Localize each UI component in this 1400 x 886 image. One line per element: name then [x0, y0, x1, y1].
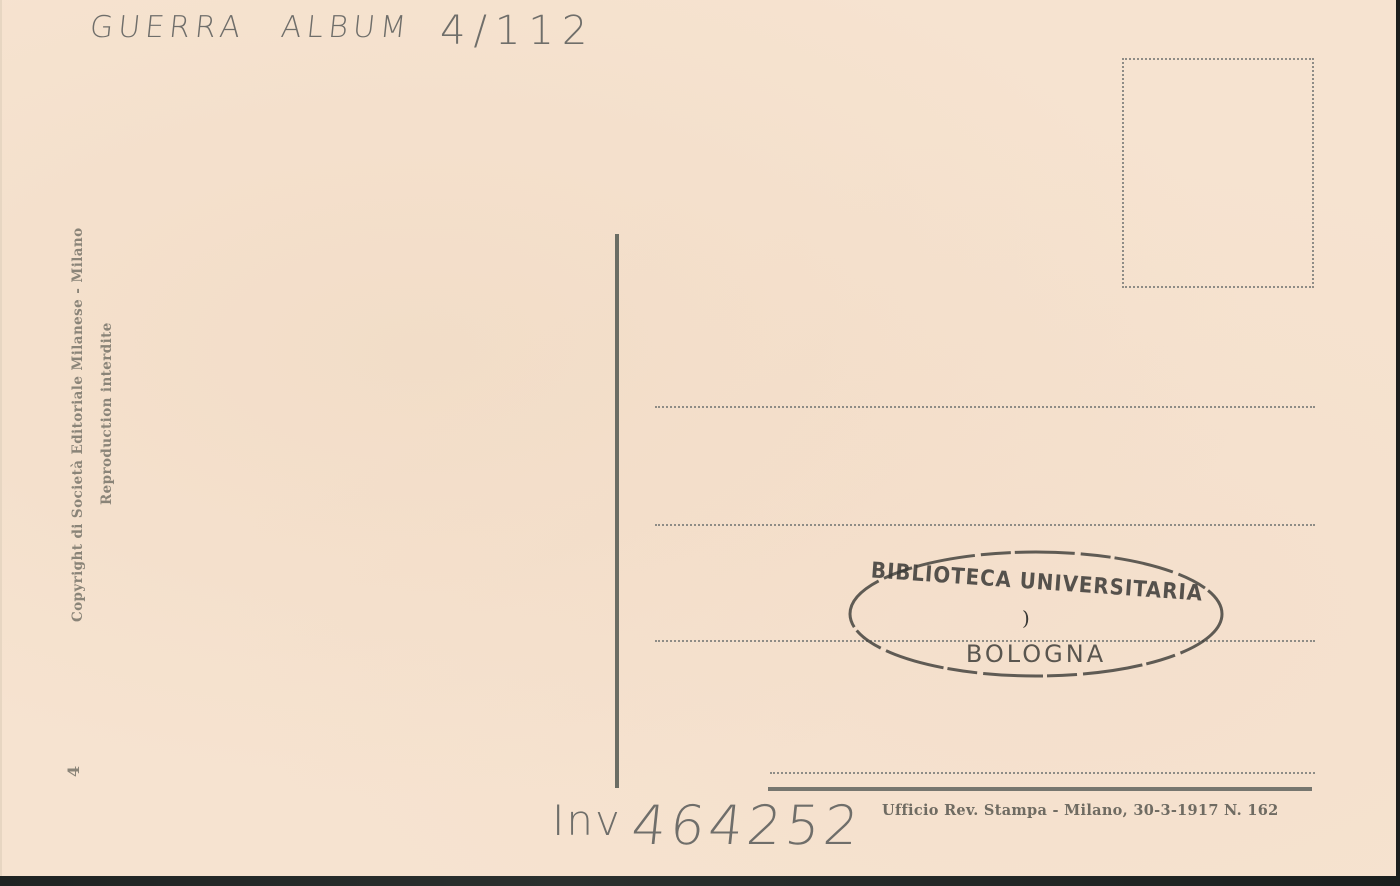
address-line-4: [770, 772, 1315, 774]
censorship-imprint: Ufficio Rev. Stampa - Milano, 30-3-1917 …: [882, 802, 1279, 819]
stamp-mark: ): [1022, 606, 1030, 630]
handwritten-word-album: ALBUM: [279, 10, 412, 45]
library-stamp: BIBLIOTECA UNIVERSITARIA ) BOLOGNA: [846, 548, 1226, 680]
address-line-2: [655, 524, 1315, 526]
copyright-notice: Copyright di Società Editoriale Milanese…: [70, 227, 86, 622]
inventory-label: Inv: [552, 796, 622, 845]
reproduction-notice: Reproduction interdite: [99, 322, 115, 505]
card-number: 4: [64, 765, 83, 777]
stamp-city: BOLOGNA: [936, 640, 1136, 668]
vertical-divider: [615, 234, 619, 788]
postage-stamp-box: [1122, 58, 1314, 288]
handwritten-word-guerra: GUERRA: [88, 10, 247, 45]
postcard-back: GUERRAALBUM 4/112 Copyright di Società E…: [0, 0, 1396, 876]
scan-edge-right: [1396, 0, 1400, 886]
inventory-number: 464252: [629, 794, 866, 857]
scan-edge-bottom: [0, 876, 1400, 886]
address-line-1: [655, 406, 1315, 408]
bottom-rule: [768, 787, 1312, 791]
handwritten-title: GUERRAALBUM: [88, 10, 413, 45]
handwritten-reference: 4/112: [440, 8, 595, 54]
